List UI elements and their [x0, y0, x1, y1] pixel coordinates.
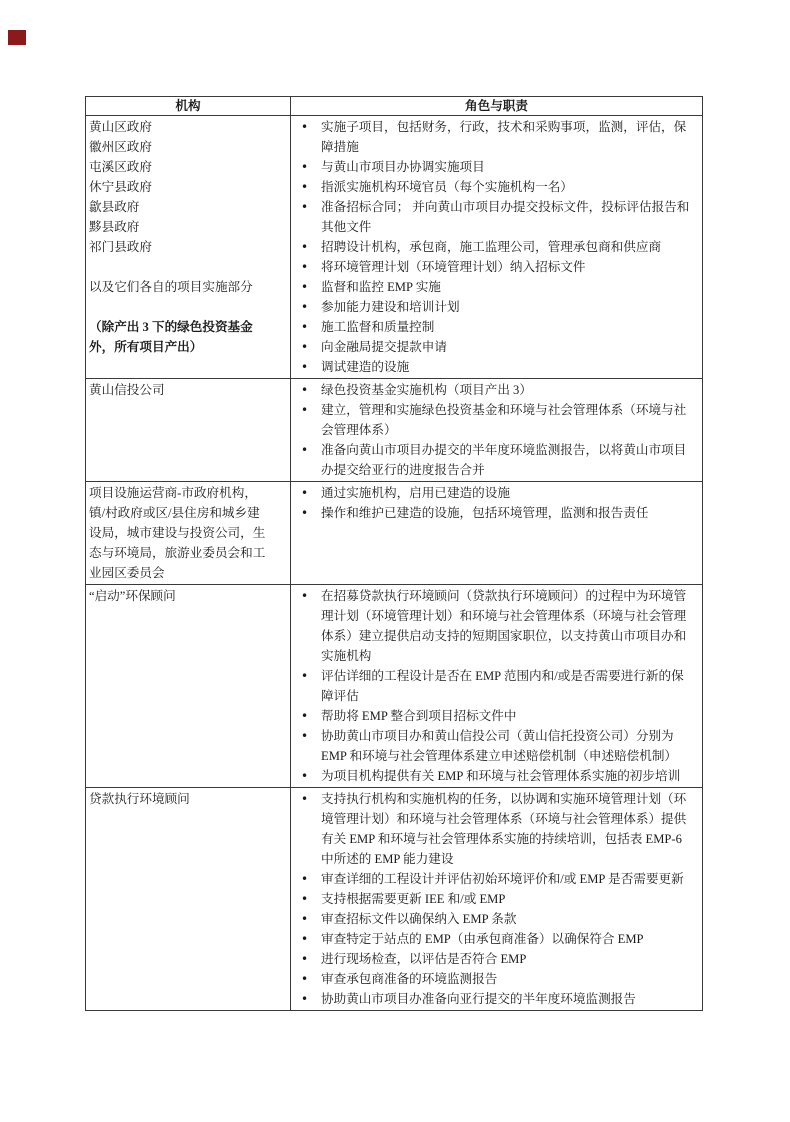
org-line: “启动”环保顾问 — [89, 586, 270, 606]
org-line: 徽州区政府 — [89, 137, 270, 157]
duties-cell: •支持执行机构和实施机构的任务，以协调和实施环境管理计划（环境管理计划）和环境与… — [291, 788, 703, 1011]
duty-text: 审查承包商准备的环境监测报告 — [321, 972, 497, 986]
bullet-icon: • — [301, 317, 315, 337]
duty-text: 指派实施机构环境官员（每个实施机构一名） — [321, 180, 573, 194]
duty-text: 准备向黄山市项目办提交的半年度环境监测报告，以将黄山市项目办提交给亚行的进度报告… — [321, 443, 686, 477]
duty-item: •协助黄山市项目办和黄山信投公司（黄山信托投资公司）分别为 EMP 和环境与社会… — [291, 726, 694, 766]
column-header-roles: 角色与职责 — [291, 97, 703, 116]
duty-text: 支持根据需要更新 IEE 和/或 EMP — [321, 892, 505, 906]
duty-item: •调试建造的设施 — [291, 357, 694, 377]
bullet-icon: • — [301, 869, 315, 889]
org-line: 祁门县政府 — [89, 237, 270, 257]
duty-item: •绿色投资基金实施机构（项目产出 3） — [291, 380, 694, 400]
duty-item: •审查承包商准备的环境监测报告 — [291, 969, 694, 989]
duty-item: •准备向黄山市项目办提交的半年度环境监测报告，以将黄山市项目办提交给亚行的进度报… — [291, 440, 694, 480]
org-line: 黄山信投公司 — [89, 380, 270, 400]
duty-item: •为项目机构提供有关 EMP 和环境与社会管理体系实施的初步培训 — [291, 766, 694, 786]
duty-item: •建立，管理和实施绿色投资基金和环境与社会管理体系（环境与社会管理体系） — [291, 400, 694, 440]
bullet-icon: • — [301, 969, 315, 989]
table-row-xintou-company: 黄山信投公司 •绿色投资基金实施机构（项目产出 3） •建立，管理和实施绿色投资… — [86, 379, 703, 482]
duty-item: •招聘设计机构，承包商，施工监理公司，管理承包商和供应商 — [291, 237, 694, 257]
duty-item: •评估详细的工程设计是否在 EMP 范围内和/或是否需要进行新的保障评估 — [291, 666, 694, 706]
duty-item: •协助黄山市项目办准备向亚行提交的半年度环境监测报告 — [291, 989, 694, 1009]
duty-text: 支持执行机构和实施机构的任务，以协调和实施环境管理计划（环境管理计划）和环境与社… — [321, 792, 686, 866]
bullet-icon: • — [301, 440, 315, 460]
roles-responsibilities-table: 机构 角色与职责 黄山区政府 徽州区政府 屯溪区政府 休宁县政府 歙县政府 黟县… — [85, 96, 703, 1011]
duty-text: 为项目机构提供有关 EMP 和环境与社会管理体系实施的初步培训 — [321, 769, 680, 783]
duty-item: •准备招标合同； 并向黄山市项目办提交投标文件，投标评估报告和其他文件 — [291, 197, 694, 237]
bullet-icon: • — [301, 117, 315, 137]
duty-item: •操作和维护已建造的设施，包括环境管理，监测和报告责任 — [291, 503, 694, 523]
duty-item: •参加能力建设和培训计划 — [291, 297, 694, 317]
duty-item: •与黄山市项目办协调实施项目 — [291, 157, 694, 177]
duty-text: 在招募贷款执行环境顾问（贷款执行环境顾问）的过程中为环境管理计划（环境管理计划）… — [321, 589, 686, 663]
bullet-icon: • — [301, 237, 315, 257]
bullet-icon: • — [301, 666, 315, 686]
org-line: 休宁县政府 — [89, 177, 270, 197]
duty-text: 协助黄山市项目办和黄山信投公司（黄山信托投资公司）分别为 EMP 和环境与社会管… — [321, 729, 677, 763]
duties-cell: •在招募贷款执行环境顾问（贷款执行环境顾问）的过程中为环境管理计划（环境管理计划… — [291, 585, 703, 788]
bullet-icon: • — [301, 766, 315, 786]
bullet-icon: • — [301, 909, 315, 929]
duty-text: 帮助将 EMP 整合到项目招标文件中 — [321, 709, 516, 723]
duty-item: •审查详细的工程设计并评估初始环境评价和/或 EMP 是否需要更新 — [291, 869, 694, 889]
duty-text: 参加能力建设和培训计划 — [321, 300, 460, 314]
bullet-icon: • — [301, 257, 315, 277]
column-header-organization: 机构 — [86, 97, 291, 116]
bullet-icon: • — [301, 400, 315, 420]
bullet-icon: • — [301, 277, 315, 297]
duty-item: •指派实施机构环境官员（每个实施机构一名） — [291, 177, 694, 197]
org-line: 黄山区政府 — [89, 117, 270, 137]
duty-item: •在招募贷款执行环境顾问（贷款执行环境顾问）的过程中为环境管理计划（环境管理计划… — [291, 586, 694, 666]
duty-text: 调试建造的设施 — [321, 360, 409, 374]
bullet-icon: • — [301, 726, 315, 746]
org-scope-line: 以及它们各自的项目实施部分 — [89, 277, 270, 297]
duty-item: •通过实施机构，启用已建造的设施 — [291, 483, 694, 503]
red-annotation-mark — [8, 30, 26, 45]
org-line: 项目设施运营商-市政府机构，镇/村政府或区/县住房和城乡建设局，城市建设与投资公… — [89, 483, 270, 583]
duties-cell: •通过实施机构，启用已建造的设施 •操作和维护已建造的设施，包括环境管理，监测和… — [291, 482, 703, 585]
duty-text: 评估详细的工程设计是否在 EMP 范围内和/或是否需要进行新的保障评估 — [321, 669, 684, 703]
bullet-icon: • — [301, 889, 315, 909]
organization-cell: 贷款执行环境顾问 — [86, 788, 291, 1011]
duty-item: •将环境管理计划（环境管理计划）纳入招标文件 — [291, 257, 694, 277]
duties-cell: •绿色投资基金实施机构（项目产出 3） •建立，管理和实施绿色投资基金和环境与社… — [291, 379, 703, 482]
bullet-icon: • — [301, 197, 315, 217]
duty-text: 实施子项目，包括财务，行政，技术和采购事项，监测，评估，保障措施 — [321, 120, 686, 154]
table-row-district-governments: 黄山区政府 徽州区政府 屯溪区政府 休宁县政府 歙县政府 黟县政府 祁门县政府 … — [86, 116, 703, 379]
blank-line — [89, 257, 270, 277]
duty-text: 审查招标文件以确保纳入 EMP 条款 — [321, 912, 516, 926]
duty-text: 审查详细的工程设计并评估初始环境评价和/或 EMP 是否需要更新 — [321, 872, 684, 886]
duty-text: 施工监督和质量控制 — [321, 320, 434, 334]
duty-text: 绿色投资基金实施机构（项目产出 3） — [321, 383, 532, 397]
duty-text: 操作和维护已建造的设施，包括环境管理，监测和报告责任 — [321, 506, 648, 520]
duty-text: 向金融局提交提款申请 — [321, 340, 447, 354]
organization-cell: 黄山信投公司 — [86, 379, 291, 482]
bullet-icon: • — [301, 789, 315, 809]
table-row-facility-operators: 项目设施运营商-市政府机构，镇/村政府或区/县住房和城乡建设局，城市建设与投资公… — [86, 482, 703, 585]
duty-text: 协助黄山市项目办准备向亚行提交的半年度环境监测报告 — [321, 992, 636, 1006]
duty-text: 建立，管理和实施绿色投资基金和环境与社会管理体系（环境与社会管理体系） — [321, 403, 686, 437]
blank-line — [89, 297, 270, 317]
duty-text: 进行现场检查，以评估是否符合 EMP — [321, 952, 526, 966]
duty-item: •向金融局提交提款申请 — [291, 337, 694, 357]
organization-cell: 项目设施运营商-市政府机构，镇/村政府或区/县住房和城乡建设局，城市建设与投资公… — [86, 482, 291, 585]
duty-text: 监督和监控 EMP 实施 — [321, 280, 441, 294]
bullet-icon: • — [301, 177, 315, 197]
bullet-icon: • — [301, 380, 315, 400]
org-note: （除产出 3 下的绿色投资基金外，所有项目产出） — [89, 317, 270, 357]
bullet-icon: • — [301, 503, 315, 523]
bullet-icon: • — [301, 337, 315, 357]
organization-cell: 黄山区政府 徽州区政府 屯溪区政府 休宁县政府 歙县政府 黟县政府 祁门县政府 … — [86, 116, 291, 379]
org-line: 贷款执行环境顾问 — [89, 789, 270, 809]
duty-item: •实施子项目，包括财务，行政，技术和采购事项，监测，评估，保障措施 — [291, 117, 694, 157]
duty-item: •施工监督和质量控制 — [291, 317, 694, 337]
org-line: 歙县政府 — [89, 197, 270, 217]
duty-text: 将环境管理计划（环境管理计划）纳入招标文件 — [321, 260, 585, 274]
duty-text: 与黄山市项目办协调实施项目 — [321, 160, 485, 174]
table-row-startup-consultant: “启动”环保顾问 •在招募贷款执行环境顾问（贷款执行环境顾问）的过程中为环境管理… — [86, 585, 703, 788]
table-row-loan-consultant: 贷款执行环境顾问 •支持执行机构和实施机构的任务，以协调和实施环境管理计划（环境… — [86, 788, 703, 1011]
bullet-icon: • — [301, 586, 315, 606]
duty-item: •进行现场检查，以评估是否符合 EMP — [291, 949, 694, 969]
duty-item: •支持执行机构和实施机构的任务，以协调和实施环境管理计划（环境管理计划）和环境与… — [291, 789, 694, 869]
duty-item: •审查特定于站点的 EMP（由承包商准备）以确保符合 EMP — [291, 929, 694, 949]
org-line: 屯溪区政府 — [89, 157, 270, 177]
bullet-icon: • — [301, 706, 315, 726]
bullet-icon: • — [301, 357, 315, 377]
bullet-icon: • — [301, 297, 315, 317]
organization-cell: “启动”环保顾问 — [86, 585, 291, 788]
bullet-icon: • — [301, 483, 315, 503]
bullet-icon: • — [301, 929, 315, 949]
bullet-icon: • — [301, 157, 315, 177]
duty-text: 通过实施机构，启用已建造的设施 — [321, 486, 510, 500]
org-line: 黟县政府 — [89, 217, 270, 237]
duty-text: 准备招标合同； 并向黄山市项目办提交投标文件，投标评估报告和其他文件 — [321, 200, 689, 234]
duty-item: •监督和监控 EMP 实施 — [291, 277, 694, 297]
duty-text: 审查特定于站点的 EMP（由承包商准备）以确保符合 EMP — [321, 932, 644, 946]
table-header-row: 机构 角色与职责 — [86, 97, 703, 116]
duty-item: •审查招标文件以确保纳入 EMP 条款 — [291, 909, 694, 929]
bullet-icon: • — [301, 949, 315, 969]
duty-item: •支持根据需要更新 IEE 和/或 EMP — [291, 889, 694, 909]
duty-text: 招聘设计机构，承包商，施工监理公司，管理承包商和供应商 — [321, 240, 661, 254]
bullet-icon: • — [301, 989, 315, 1009]
duties-cell: •实施子项目，包括财务，行政，技术和采购事项，监测，评估，保障措施 •与黄山市项… — [291, 116, 703, 379]
duty-item: •帮助将 EMP 整合到项目招标文件中 — [291, 706, 694, 726]
